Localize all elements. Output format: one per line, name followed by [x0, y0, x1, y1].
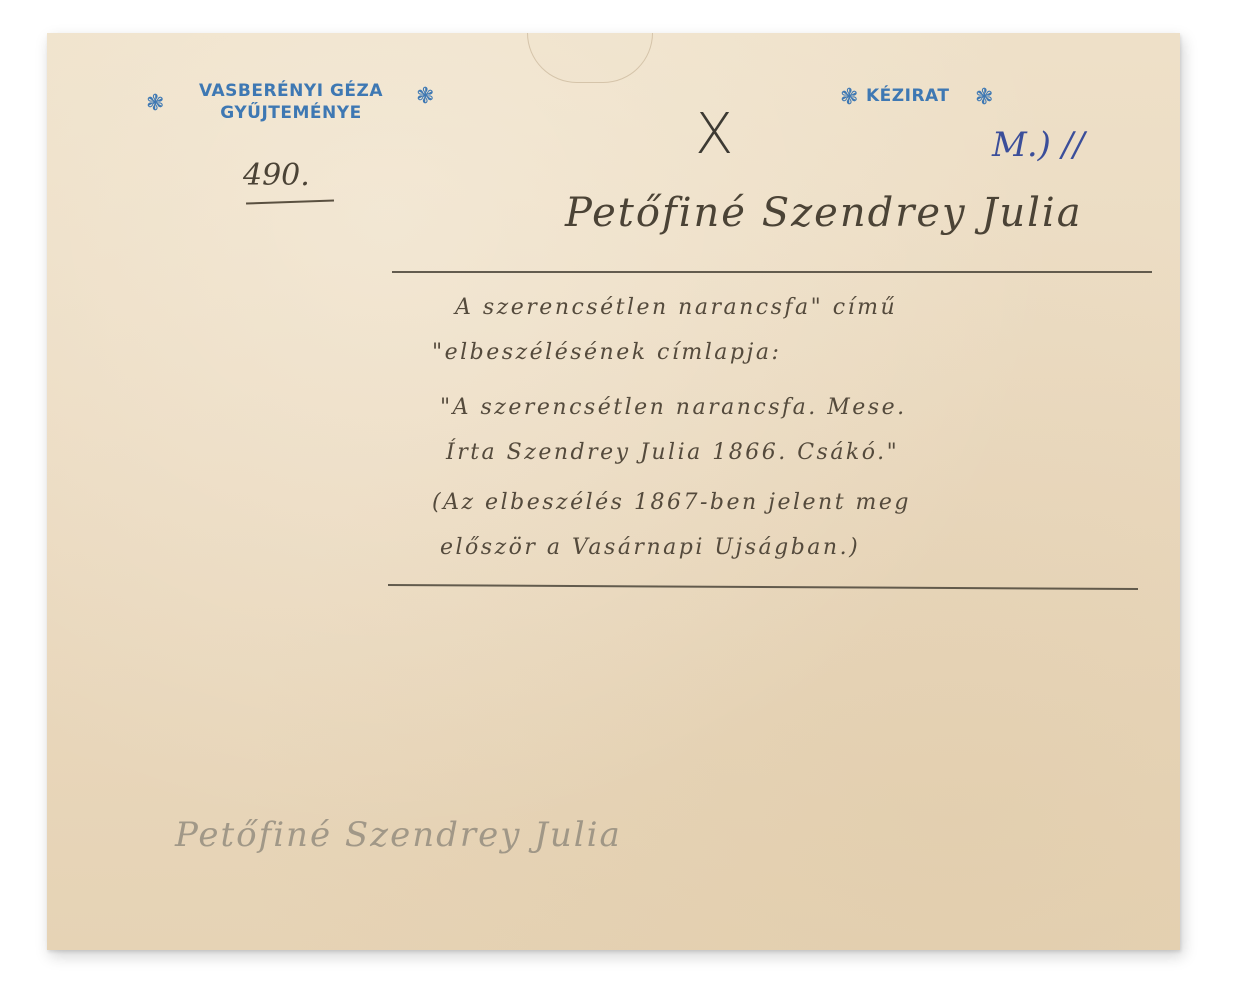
- item-number: 490.: [243, 158, 310, 193]
- blue-ink-annotation: M.) //: [992, 125, 1085, 165]
- stamp-ornament-icon: ❃: [975, 87, 993, 109]
- manuscript-stamp: KÉZIRAT: [866, 85, 949, 107]
- collection-stamp-line2: GYŰJTEMÉNYE: [178, 102, 404, 124]
- stamp-ornament-icon: ❃: [416, 86, 434, 108]
- heading-rule: [392, 271, 1152, 273]
- collection-stamp-line1: VASBERÉNYI GÉZA: [178, 80, 404, 102]
- collection-stamp: VASBERÉNYI GÉZA GYŰJTEMÉNYE: [178, 80, 404, 124]
- pencil-note: Petőfiné Szendrey Julia: [175, 815, 622, 855]
- description-line: (Az elbeszélés 1867-ben jelent meg: [432, 490, 911, 515]
- description-line: Írta Szendrey Julia 1866. Csákó.": [446, 440, 899, 465]
- description-line: "A szerencsétlen narancsfa. Mese.: [440, 395, 907, 420]
- x-mark: X: [695, 102, 733, 167]
- description-line: először a Vasárnapi Ujságban.): [440, 535, 860, 560]
- stamp-ornament-icon: ❃: [146, 93, 164, 115]
- stamp-ornament-icon: ❃: [840, 87, 858, 109]
- description-line: "elbeszélésének címlapja:: [432, 340, 781, 365]
- description-line: A szerencsétlen narancsfa" című: [455, 295, 897, 320]
- author-heading: Petőfiné Szendrey Julia: [565, 190, 1083, 236]
